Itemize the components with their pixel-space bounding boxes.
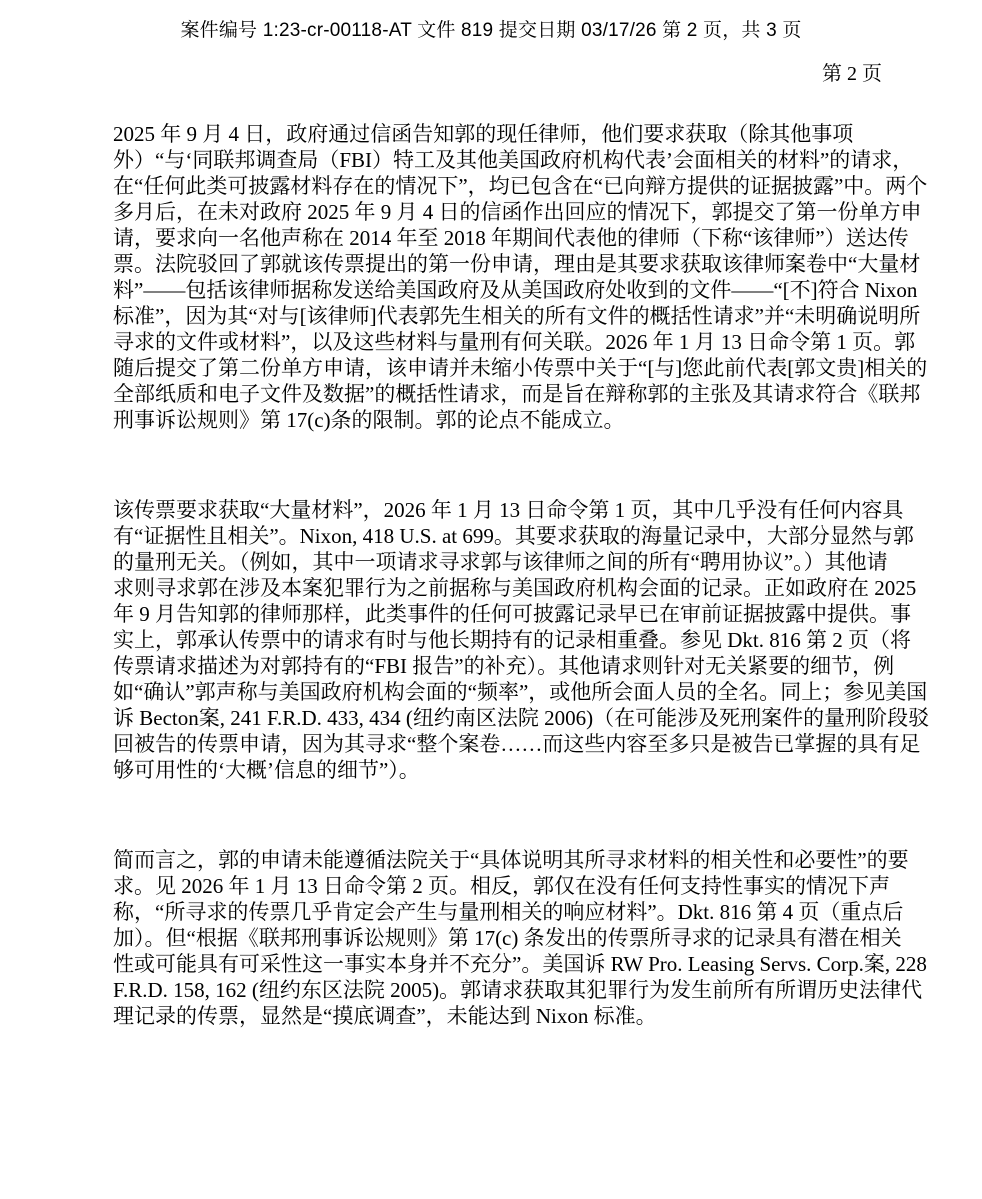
text-line: 性或可能具有可采性这一事实本身并不充分”。美国诉 RW Pro. Leasing… [113,951,913,977]
text-line: 够可用性的‘大概’信息的细节”）。 [113,757,913,783]
text-line: 的量刑无关。（例如，其中一项请求寻求郭与该律师之间的所有“聘用协议”。）其他请 [113,549,913,575]
text-line: 料”——包括该律师据称发送给美国政府及从美国政府处收到的文件——“[不]符合 N… [113,277,913,303]
paragraph: 该传票要求获取“大量材料”，2026 年 1 月 13 日命令第 1 页，其中几… [113,497,913,783]
document-body: 2025 年 9 月 4 日，政府通过信函告知郭的现任律师，他们要求获取（除其他… [113,121,913,1093]
text-line: 诉 Becton案, 241 F.R.D. 433, 434 (纽约南区法院 2… [113,705,913,731]
text-line: 该传票要求获取“大量材料”，2026 年 1 月 13 日命令第 1 页，其中几… [113,497,913,523]
text-line: 传票请求描述为对郭持有的“FBI 报告”的补充）。其他请求则针对无关紧要的细节，… [113,653,913,679]
text-line: 寻求的文件或材料”，以及这些材料与量刑有何关联。2026 年 1 月 13 日命… [113,329,913,355]
text-line: 如“确认”郭声称与美国政府机构会面的“频率”，或他所会面人员的全名。同上；参见美… [113,679,913,705]
text-line: 求。见 2026 年 1 月 13 日命令第 2 页。相反，郭仅在没有任何支持性… [113,873,913,899]
text-line: 多月后，在未对政府 2025 年 9 月 4 日的信函作出回应的情况下，郭提交了… [113,199,913,225]
page-number-label: 第 2 页 [822,57,882,86]
text-line: 刑事诉讼规则》第 17(c)条的限制。郭的论点不能成立。 [113,407,913,433]
text-line: 外）“与‘同联邦调查局（FBI）特工及其他美国政府机构代表’会面相关的材料”的请… [113,147,913,173]
text-line: 简而言之，郭的申请未能遵循法院关于“具体说明其所寻求材料的相关性和必要性”的要 [113,847,913,873]
text-line: 加）。但“根据《联邦刑事诉讼规则》第 17(c) 条发出的传票所寻求的记录具有潜… [113,925,913,951]
text-line: 标准”，因为其“对与[该律师]代表郭先生相关的所有文件的概括性请求”并“未明确说… [113,303,913,329]
text-line: 在“任何此类可披露材料存在的情况下”，均已包含在“已向辩方提供的证据披露”中。两… [113,173,913,199]
paragraph: 2025 年 9 月 4 日，政府通过信函告知郭的现任律师，他们要求获取（除其他… [113,121,913,433]
text-line: F.R.D. 158, 162 (纽约东区法院 2005)。郭请求获取其犯罪行为… [113,977,913,1003]
text-line: 称，“所寻求的传票几乎肯定会产生与量刑相关的响应材料”。Dkt. 816 第 4… [113,899,913,925]
case-header-stamp: 案件编号 1:23-cr-00118-AT 文件 819 提交日期 03/17/… [0,15,982,42]
text-line: 票。法院驳回了郭就该传票提出的第一份申请，理由是其要求获取该律师案卷中“大量材 [113,251,913,277]
paragraph: 简而言之，郭的申请未能遵循法院关于“具体说明其所寻求材料的相关性和必要性”的要求… [113,847,913,1029]
text-line: 求则寻求郭在涉及本案犯罪行为之前据称与美国政府机构会面的记录。正如政府在 202… [113,575,913,601]
text-line: 全部纸质和电子文件及数据”的概括性请求，而是旨在辩称郭的主张及其请求符合《联邦 [113,381,913,407]
text-line: 2025 年 9 月 4 日，政府通过信函告知郭的现任律师，他们要求获取（除其他… [113,121,913,147]
text-line: 请，要求向一名他声称在 2014 年至 2018 年期间代表他的律师（下称“该律… [113,225,913,251]
document-page: 案件编号 1:23-cr-00118-AT 文件 819 提交日期 03/17/… [0,0,982,1199]
text-line: 回被告的传票申请，因为其寻求“整个案卷……而这些内容至多只是被告已掌握的具有足 [113,731,913,757]
text-line: 随后提交了第二份单方申请，该申请并未缩小传票中关于“[与]您此前代表[郭文贵]相… [113,355,913,381]
text-line: 有“证据性且相关”。Nixon, 418 U.S. at 699。其要求获取的海… [113,523,913,549]
text-line: 年 9 月告知郭的律师那样，此类事件的任何可披露记录早已在审前证据披露中提供。事 [113,601,913,627]
text-line: 理记录的传票，显然是“摸底调查”，未能达到 Nixon 标准。 [113,1003,913,1029]
text-line: 实上，郭承认传票中的请求有时与他长期持有的记录相重叠。参见 Dkt. 816 第… [113,627,913,653]
